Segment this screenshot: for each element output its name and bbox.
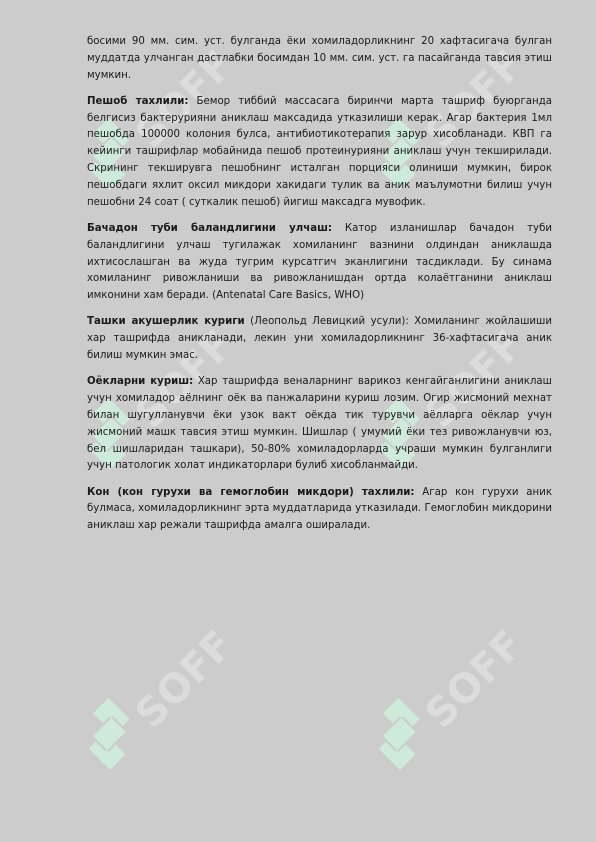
paragraph-heading: Ташки акушерлик куриги	[87, 316, 245, 327]
paragraph-legs-exam: Оёкларни куриш: Хар ташрифда веналарнинг…	[87, 374, 552, 475]
paragraph-text: Хар ташрифда веналарнинг варикоз кенгайг…	[87, 376, 552, 471]
svg-text:SOFF: SOFF	[417, 622, 533, 738]
paragraph-external-exam: Ташки акушерлик куриги (Леопольд Левицки…	[87, 314, 552, 364]
soff-logo-icon: SOFF	[360, 600, 560, 800]
paragraph-heading: Оёкларни куриш:	[87, 376, 193, 387]
document-body: босими 90 мм. сим. уст. булганда ёки хом…	[87, 34, 552, 545]
watermark: SOFF	[70, 600, 270, 800]
paragraph-text: Катор изланишлар бачадон туби баландлиги…	[87, 223, 552, 301]
paragraph-heading: Бачадон туби баландлигини улчаш:	[87, 223, 332, 234]
paragraph-fundal-height: Бачадон туби баландлигини улчаш: Катор и…	[87, 221, 552, 305]
paragraph-heading: Кон (кон гурухи ва гемоглобин микдори) т…	[87, 487, 415, 498]
paragraph-text: Бемор тиббий массасага биринчи марта таш…	[87, 96, 552, 208]
paragraph-blood-analysis: Кон (кон гурухи ва гемоглобин микдори) т…	[87, 485, 552, 535]
paragraph-continuation: босими 90 мм. сим. уст. булганда ёки хом…	[87, 34, 552, 84]
svg-text:SOFF: SOFF	[127, 622, 243, 738]
watermark: SOFF	[360, 600, 560, 800]
paragraph-heading: Пешоб тахлили:	[87, 96, 188, 107]
paragraph-text: босими 90 мм. сим. уст. булганда ёки хом…	[87, 36, 552, 81]
soff-logo-icon: SOFF	[70, 600, 270, 800]
paragraph-urine-analysis: Пешоб тахлили: Бемор тиббий массасага би…	[87, 94, 552, 212]
